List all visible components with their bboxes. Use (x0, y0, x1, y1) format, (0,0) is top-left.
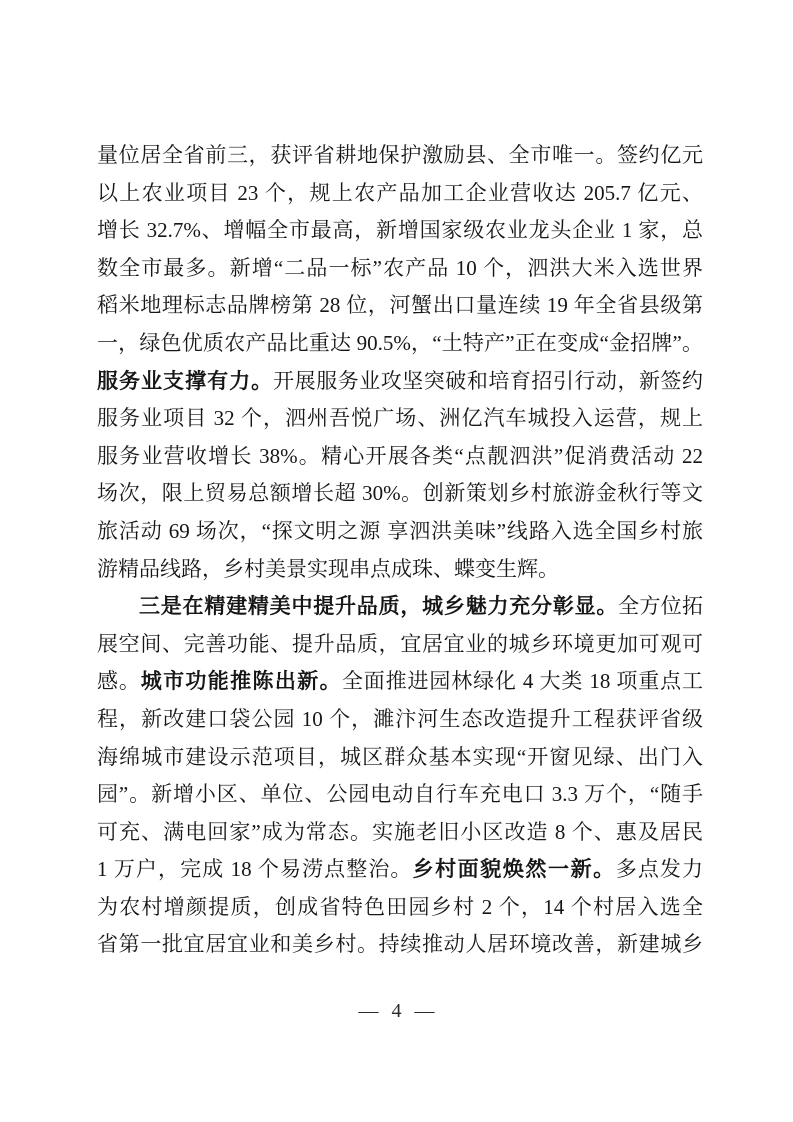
bold-heading-run: 服务业支撑有力。 (97, 370, 273, 393)
body-text-run: 游精品线路，乡村美景实现串点成珠、蝶变生辉。 (97, 557, 559, 581)
body-text-run: 服务业项目 32 个，泗州吾悦广场、洲亿汽车城投入运营，规上 (97, 406, 703, 430)
text-line: 省第一批宜居宜业和美乡村。持续推动人居环境改善，新建城乡 (97, 926, 703, 964)
body-text-run: 展空间、完善功能、提升品质，宜居宜业的城乡环境更加可观可 (97, 632, 703, 656)
body-text-run: 1 万户，完成 18 个易涝点整治。 (97, 857, 413, 881)
body-text-run: 数全市最多。新增“二品一标”农产品 10 个，泗洪大米入选世界 (97, 256, 703, 280)
body-text-run: 全方位拓 (618, 594, 703, 618)
text-line: 程，新改建口袋公园 10 个，濉汴河生态改造提升工程获评省级 (97, 701, 703, 739)
text-block: 量位居全省前三，获评省耕地保护激励县、全市唯一。签约亿元以上农业项目 23 个，… (97, 137, 703, 964)
text-line: 增长 32.7%、增幅全市最高，新增国家级农业龙头企业 1 家，总 (97, 212, 703, 250)
body-text-run: 场次，限上贸易总额增长超 30%。创新策划乡村旅游金秋行等文 (97, 481, 703, 505)
text-line: 三是在精建精美中提升品质，城乡魅力充分彰显。全方位拓 (97, 588, 703, 626)
text-line: 游精品线路，乡村美景实现串点成珠、蝶变生辉。 (97, 551, 703, 589)
body-text-run: 增长 32.7%、增幅全市最高，新增国家级农业龙头企业 1 家，总 (97, 218, 703, 242)
body-text-run: 可充、满电回家”成为常态。实施老旧小区改造 8 个、惠及居民 (97, 820, 703, 844)
text-line: 为农村增颜提质，创成省特色田园乡村 2 个，14 个村居入选全 (97, 889, 703, 927)
body-text-run: 稻米地理标志品牌榜第 28 位，河蟹出口量连续 19 年全省县级第 (97, 293, 703, 317)
text-line: 一，绿色优质农产品比重达 90.5%，“土特产”正在变成“金招牌”。 (97, 325, 703, 363)
body-text-run: 省第一批宜居宜业和美乡村。持续推动人居环境改善，新建城乡 (97, 932, 703, 956)
text-line: 场次，限上贸易总额增长超 30%。创新策划乡村旅游金秋行等文 (97, 475, 703, 513)
text-line: 量位居全省前三，获评省耕地保护激励县、全市唯一。签约亿元 (97, 137, 703, 175)
body-text-run: 全面推进园林绿化 4 大类 18 项重点工 (342, 669, 703, 693)
text-line: 以上农业项目 23 个，规上农产品加工企业营收达 205.7 亿元、 (97, 175, 703, 213)
body-text-run: 多点发力 (616, 857, 703, 881)
text-line: 服务业营收增长 38%。精心开展各类“点靓泗洪”促消费活动 22 (97, 438, 703, 476)
body-text-run: 园”。新增小区、单位、公园电动自行车充电口 3.3 万个，“随手 (97, 782, 703, 806)
body-text-run: 量位居全省前三，获评省耕地保护激励县、全市唯一。签约亿元 (97, 143, 703, 167)
document-page: 量位居全省前三，获评省耕地保护激励县、全市唯一。签约亿元以上农业项目 23 个，… (0, 0, 793, 1122)
text-line: 园”。新增小区、单位、公园电动自行车充电口 3.3 万个，“随手 (97, 776, 703, 814)
text-line: 稻米地理标志品牌榜第 28 位，河蟹出口量连续 19 年全省县级第 (97, 287, 703, 325)
page-number: — 4 — (0, 1000, 793, 1023)
body-text-run: 感。 (97, 669, 141, 693)
text-line: 服务业项目 32 个，泗州吾悦广场、洲亿汽车城投入运营，规上 (97, 400, 703, 438)
text-line: 1 万户，完成 18 个易涝点整治。乡村面貌焕然一新。多点发力 (97, 851, 703, 889)
text-line: 海绵城市建设示范项目，城区群众基本实现“开窗见绿、出门入 (97, 739, 703, 777)
body-text-run: 以上农业项目 23 个，规上农产品加工企业营收达 205.7 亿元、 (97, 181, 703, 205)
body-text-run: 为农村增颜提质，创成省特色田园乡村 2 个，14 个村居入选全 (97, 895, 703, 919)
body-text-run: 海绵城市建设示范项目，城区群众基本实现“开窗见绿、出门入 (97, 745, 703, 769)
bold-heading-run: 乡村面貌焕然一新。 (413, 858, 616, 881)
bold-heading-run: 城市功能推陈出新。 (141, 670, 342, 693)
body-text-run: 服务业营收增长 38%。精心开展各类“点靓泗洪”促消费活动 22 (97, 444, 703, 468)
text-line: 可充、满电回家”成为常态。实施老旧小区改造 8 个、惠及居民 (97, 814, 703, 852)
body-text-run: 一，绿色优质农产品比重达 90.5%，“土特产”正在变成“金招牌”。 (97, 331, 703, 355)
body-text-run: 程，新改建口袋公园 10 个，濉汴河生态改造提升工程获评省级 (97, 707, 703, 731)
text-line: 展空间、完善功能、提升品质，宜居宜业的城乡环境更加可观可 (97, 626, 703, 664)
text-line: 数全市最多。新增“二品一标”农产品 10 个，泗洪大米入选世界 (97, 250, 703, 288)
body-text-run: 开展服务业攻坚突破和培育招引行动，新签约 (273, 369, 703, 393)
body-text-run: 旅活动 69 场次，“探文明之源 享泗洪美味”线路入选全国乡村旅 (97, 519, 703, 543)
text-line: 服务业支撑有力。开展服务业攻坚突破和培育招引行动，新签约 (97, 363, 703, 401)
bold-heading-run: 三是在精建精美中提升品质，城乡魅力充分彰显。 (139, 595, 618, 618)
text-line: 旅活动 69 场次，“探文明之源 享泗洪美味”线路入选全国乡村旅 (97, 513, 703, 551)
text-line: 感。城市功能推陈出新。全面推进园林绿化 4 大类 18 项重点工 (97, 663, 703, 701)
